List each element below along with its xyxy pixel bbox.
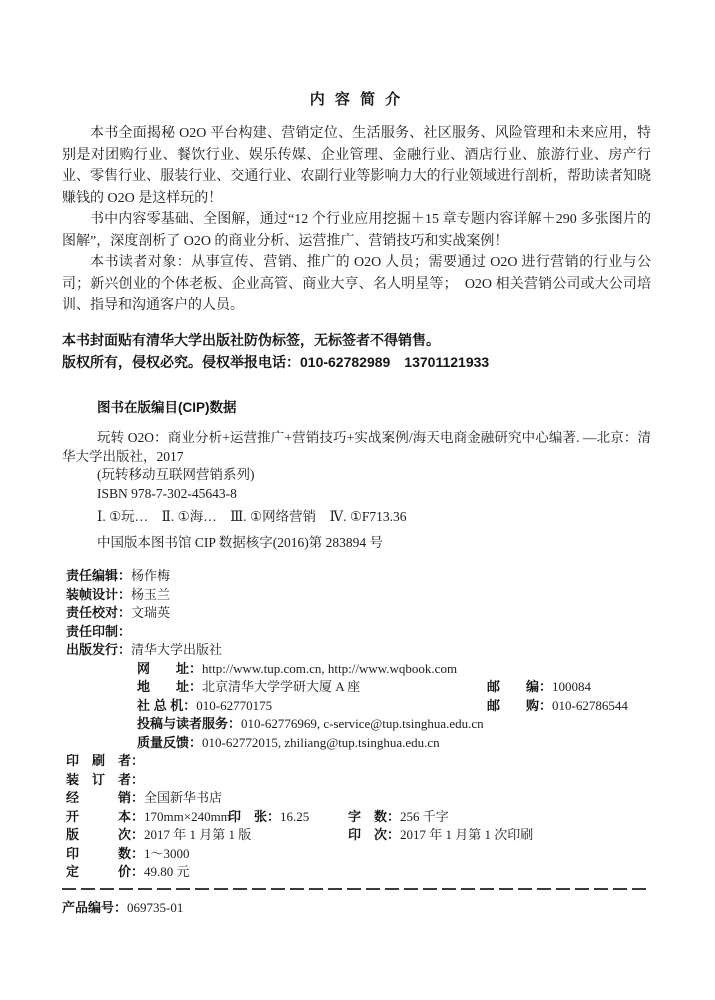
field-label: 责任印制： [66, 624, 131, 639]
colophon-row-designer: 装帧设计：杨玉兰 [62, 586, 651, 605]
field-label: 邮 编： [487, 679, 552, 694]
word-count-field: 字 数：256 千字 [348, 808, 449, 827]
cip-classification: Ⅰ. ①玩… Ⅱ. ①海… Ⅲ. ①网络营销 Ⅳ. ①F713.36 [62, 508, 651, 527]
colophon: 责任编辑：杨作梅 装帧设计：杨玉兰 责任校对：文瑞英 责任印制： 出版发行：清华… [62, 567, 651, 882]
sheets-field: 印 张：16.25 [228, 808, 309, 827]
colophon-row-format: 开 本：170mm×240mm 印 张：16.25 字 数：256 千字 [62, 808, 651, 827]
field-label: 投稿与读者服务： [137, 716, 241, 731]
intro-paragraph: 本书全面揭秘 O2O 平台构建、营销定位、生活服务、社区服务、风险管理和未来应用… [62, 123, 651, 209]
colophon-row-price: 定 价：49.80 元 [62, 863, 651, 882]
field-label: 字 数： [348, 809, 400, 824]
product-code-label: 产品编号： [62, 900, 127, 915]
colophon-row-printer: 印 刷 者： [62, 752, 651, 771]
colophon-row-edition: 版 次：2017 年 1 月第 1 版 印 次：2017 年 1 月第 1 次印… [62, 826, 651, 845]
field-label: 地 址： [137, 679, 202, 694]
publisher-url: http://www.tup.com.cn, http://www.wqbook… [202, 661, 457, 676]
colophon-row-print-supervisor: 责任印制： [62, 623, 651, 642]
colophon-row-print-run: 印 数：1～3000 [62, 845, 651, 864]
cip-data-block: 图书在版编目(CIP)数据 玩转 O2O：商业分析+运营推广+营销技巧+实战案例… [62, 399, 651, 553]
anti-piracy-notice: 本书封面贴有清华大学出版社防伪标签，无标签者不得销售。 版权所有，侵权必究。侵权… [62, 329, 651, 373]
field-value: 全国新华书店 [144, 790, 222, 805]
colophon-row-proofreader: 责任校对：文瑞英 [62, 604, 651, 623]
field-value: 100084 [552, 679, 591, 694]
notice-line: 版权所有，侵权必究。侵权举报电话：010-62782989 1370112193… [62, 351, 651, 373]
field-value: 杨玉兰 [131, 587, 170, 602]
cip-series: (玩转移动互联网营销系列) [62, 466, 651, 485]
colophon-row-reader-service: 投稿与读者服务：010-62776969, c-service@tup.tsin… [62, 715, 651, 734]
field-label: 经 销： [66, 790, 144, 805]
field-value: 49.80 元 [144, 864, 190, 879]
field-value: 文瑞英 [131, 605, 170, 620]
cip-heading: 图书在版编目(CIP)数据 [62, 399, 651, 418]
colophon-row-switchboard: 社 总 机：010-62770175 邮 购：010-62786544 [62, 697, 651, 716]
field-label: 出版发行： [66, 642, 131, 657]
divider-dashed-rule [62, 888, 651, 890]
field-label: 责任校对： [66, 605, 131, 620]
field-value: 16.25 [280, 809, 309, 824]
field-label: 质量反馈： [137, 735, 202, 750]
cip-entry: 玩转 O2O：商业分析+运营推广+营销技巧+实战案例/海天电商金融研究中心编著.… [62, 429, 651, 466]
field-value: 清华大学出版社 [131, 642, 222, 657]
field-value: 杨作梅 [131, 568, 170, 583]
intro-section: 本书全面揭秘 O2O 平台构建、营销定位、生活服务、社区服务、风险管理和未来应用… [62, 123, 651, 317]
colophon-row-address: 地 址：北京清华大学学研大厦 A 座 邮 编：100084 [62, 678, 651, 697]
colophon-row-quality-feedback: 质量反馈：010-62772015, zhiliang@tup.tsinghua… [62, 734, 651, 753]
product-code-line: 产品编号：069735-01 [62, 899, 651, 917]
field-label: 版 次： [66, 827, 144, 842]
product-code-value: 069735-01 [127, 900, 183, 915]
field-label: 印 次： [348, 827, 400, 842]
field-value: 2017 年 1 月第 1 版 [144, 827, 251, 842]
field-value: 010-62770175 [196, 698, 272, 713]
field-value: 010-62786544 [552, 698, 628, 713]
field-label: 定 价： [66, 864, 144, 879]
intro-paragraph: 本书读者对象：从事宣传、营销、推广的 O2O 人员；需要通过 O2O 进行营销的… [62, 252, 651, 317]
cip-isbn: ISBN 978-7-302-45643-8 [62, 485, 651, 504]
colophon-row-distributor: 经 销：全国新华书店 [62, 789, 651, 808]
book-copyright-page: 内 容 简 介 本书全面揭秘 O2O 平台构建、营销定位、生活服务、社区服务、风… [0, 0, 715, 1000]
impression-field: 印 次：2017 年 1 月第 1 次印刷 [348, 826, 533, 845]
mail-order-field: 邮 购：010-62786544 [487, 697, 628, 716]
field-value: 2017 年 1 月第 1 次印刷 [400, 827, 533, 842]
field-value: 010-62772015, zhiliang@tup.tsinghua.edu.… [202, 735, 440, 750]
field-label: 装帧设计： [66, 587, 131, 602]
field-value: 北京清华大学学研大厦 A 座 [202, 679, 360, 694]
colophon-row-website: 网 址：http://www.tup.com.cn, http://www.wq… [62, 660, 651, 679]
field-label: 印 刷 者： [66, 753, 144, 768]
field-value: 256 千字 [400, 809, 449, 824]
field-label: 社 总 机： [137, 698, 196, 713]
notice-line: 本书封面贴有清华大学出版社防伪标签，无标签者不得销售。 [62, 329, 651, 351]
cip-record-number: 中国版本图书馆 CIP 数据核字(2016)第 283894 号 [62, 534, 651, 553]
field-label: 邮 购： [487, 698, 552, 713]
colophon-row-publisher: 出版发行：清华大学出版社 [62, 641, 651, 660]
field-label: 网 址： [137, 661, 202, 676]
field-value: 010-62776969, c-service@tup.tsinghua.edu… [241, 716, 484, 731]
field-label: 印 张： [228, 809, 280, 824]
field-value: 1～3000 [144, 846, 190, 861]
field-value: 170mm×240mm [144, 809, 231, 824]
colophon-row-binder: 装 订 者： [62, 771, 651, 790]
postcode-field: 邮 编：100084 [487, 678, 591, 697]
colophon-row-editor: 责任编辑：杨作梅 [62, 567, 651, 586]
field-label: 责任编辑： [66, 568, 131, 583]
field-label: 开 本： [66, 809, 144, 824]
intro-paragraph: 书中内容零基础、全图解，通过“12 个行业应用挖掘＋15 章专题内容详解＋290… [62, 209, 651, 252]
field-label: 装 订 者： [66, 772, 144, 787]
page-title: 内 容 简 介 [62, 88, 651, 109]
field-label: 印 数： [66, 846, 144, 861]
